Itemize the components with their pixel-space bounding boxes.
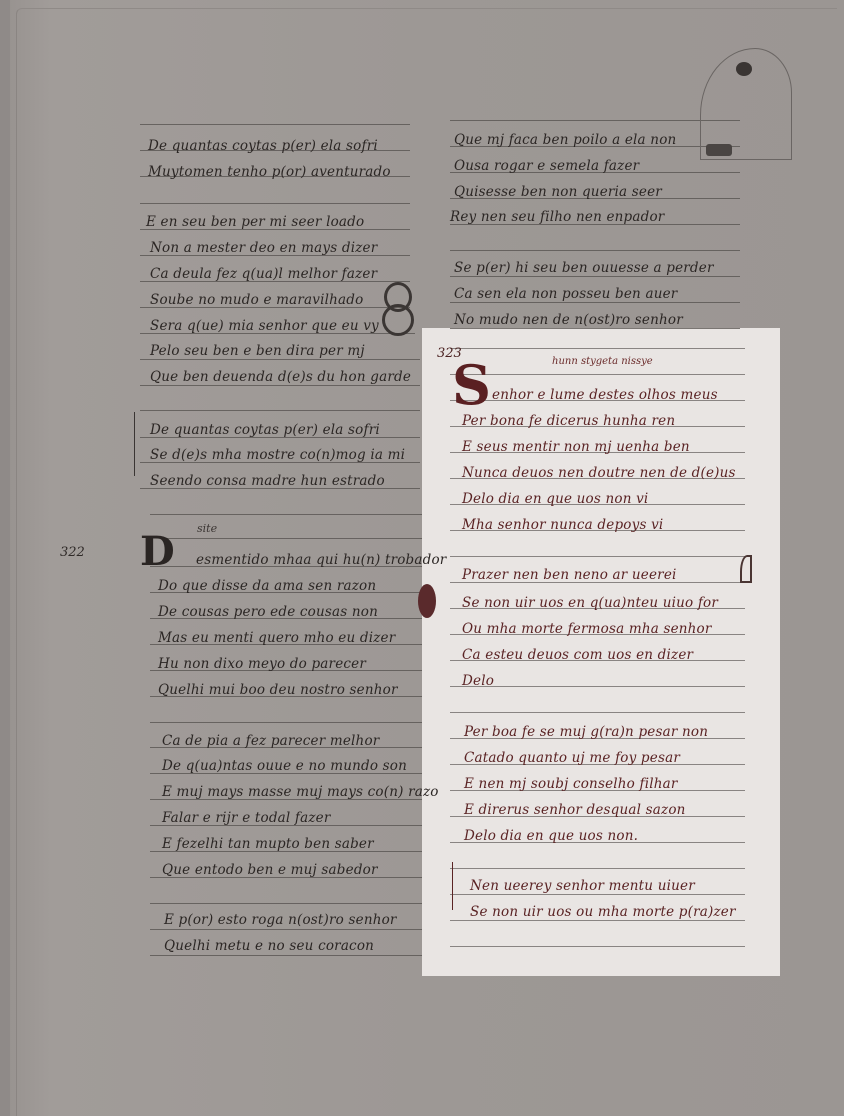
- verse-line: esmentido mhaa qui hu(n) trobador: [196, 552, 446, 568]
- verse-line: Delo dia en que uos non.: [464, 828, 638, 844]
- marginal-flourish-mark: [382, 304, 414, 336]
- verse-line: Mha senhor nunca depoys vi: [462, 517, 663, 533]
- verse-line: Quisesse ben non queria seer: [454, 184, 662, 200]
- verse-line: Ca sen ela non posseu ben auer: [454, 286, 677, 302]
- margin-bracket: [452, 862, 453, 910]
- verse-line: De quantas coytas p(er) ela sofri: [148, 138, 378, 154]
- verse-line: Ca esteu deuos com uos en dizer: [462, 647, 693, 663]
- verse-line: Que mj faca ben poilo a ela non: [454, 132, 676, 148]
- verse-line: Se d(e)s mha mostre co(n)mog ia mi: [150, 447, 405, 463]
- verse-line: Rey nen seu filho nen enpador: [450, 209, 664, 225]
- verse-line: Delo: [462, 673, 494, 689]
- verse-line: Per bona fe dicerus hunha ren: [462, 413, 675, 429]
- verse-line: Que ben deuenda d(e)s du hon garde: [150, 369, 411, 385]
- verse-line: Hu non dixo meyo do parecer: [158, 656, 366, 672]
- verse-line: Se non uir uos ou mha morte p(ra)zer: [470, 904, 736, 920]
- folio-number-322: 322: [60, 545, 85, 560]
- verse-line: Delo dia en que uos non vi: [462, 491, 648, 507]
- verse-line: E fezelhi tan mupto ben saber: [162, 836, 374, 852]
- verse-line: Sera q(ue) mia senhor que eu vy: [150, 318, 379, 334]
- verse-line: Ou mha morte fermosa mha senhor: [462, 621, 712, 637]
- rubric-heading: hunn stygeta nissye: [552, 356, 653, 367]
- verse-line: Que entodo ben e muj sabedor: [162, 862, 378, 878]
- verse-line: Falar e rijr e todal fazer: [162, 810, 331, 826]
- verse-line: Nunca deuos nen doutre nen de d(e)us: [462, 465, 736, 481]
- verse-line: De q(ua)ntas ouue e no mundo son: [162, 758, 407, 774]
- decorated-initial-s: S: [452, 358, 491, 412]
- manuscript-scan: De quantas coytas p(er) ela sofri Muytom…: [0, 0, 844, 1116]
- verse-line: Se non uir uos en q(ua)nteu uiuo for: [462, 595, 718, 611]
- margin-bracket: [134, 412, 135, 476]
- verse-line: Non a mester deo en mays dizer: [150, 240, 377, 256]
- marginal-mark: [740, 555, 752, 583]
- verse-line: Prazer nen ben neno ar ueerei: [462, 567, 677, 583]
- verse-line: enhor e lume destes olhos meus: [492, 387, 718, 403]
- verse-line: E p(or) esto roga n(ost)ro senhor: [164, 912, 397, 928]
- verse-line: De cousas pero ede cousas non: [158, 604, 378, 620]
- verse-line: E en seu ben per mi seer loado: [146, 214, 364, 230]
- verse-line: Quelhi metu e no seu coracon: [164, 938, 374, 954]
- red-wax-blot: [418, 584, 436, 618]
- verse-line: Se p(er) hi seu ben ouuesse a perder: [454, 260, 714, 276]
- verse-line: No mudo nen de n(ost)ro senhor: [454, 312, 683, 328]
- verse-line: Mas eu menti quero mho eu dizer: [158, 630, 395, 646]
- verse-line: Quelhi mui boo deu nostro senhor: [158, 682, 398, 698]
- verse-line: Ca deula fez q(ua)l melhor fazer: [150, 266, 377, 282]
- verse-line: E direrus senhor desqual sazon: [464, 802, 686, 818]
- verse-line: Seendo consa madre hun estrado: [150, 473, 385, 489]
- verse-line: Pelo seu ben e ben dira per mj: [150, 343, 365, 359]
- verse-line: Do que disse da ama sen razon: [158, 578, 376, 594]
- rubric-site: site: [197, 522, 217, 535]
- verse-line: E nen mj soubj conselho filhar: [464, 776, 678, 792]
- verse-line: Nen ueerey senhor mentu uiuer: [470, 878, 695, 894]
- verse-line: Muytomen tenho p(or) aventurado: [148, 164, 391, 180]
- verse-line: Per boa fe se muj g(ra)n pesar non: [464, 724, 708, 740]
- decorated-initial-d: D: [140, 532, 175, 572]
- verse-line: E seus mentir non mj uenha ben: [462, 439, 690, 455]
- verse-line: E muj mays masse muj mays co(n) razo: [162, 784, 439, 800]
- verse-line: De quantas coytas p(er) ela sofri: [150, 422, 380, 438]
- verse-line: Soube no mudo e maravilhado: [150, 292, 363, 308]
- verse-line: Ousa rogar e semela fazer: [454, 158, 639, 174]
- binding-gutter: [0, 0, 10, 1116]
- verse-line: Ca de pia a fez parecer melhor: [162, 733, 379, 749]
- verse-line: Catado quanto uj me foy pesar: [464, 750, 680, 766]
